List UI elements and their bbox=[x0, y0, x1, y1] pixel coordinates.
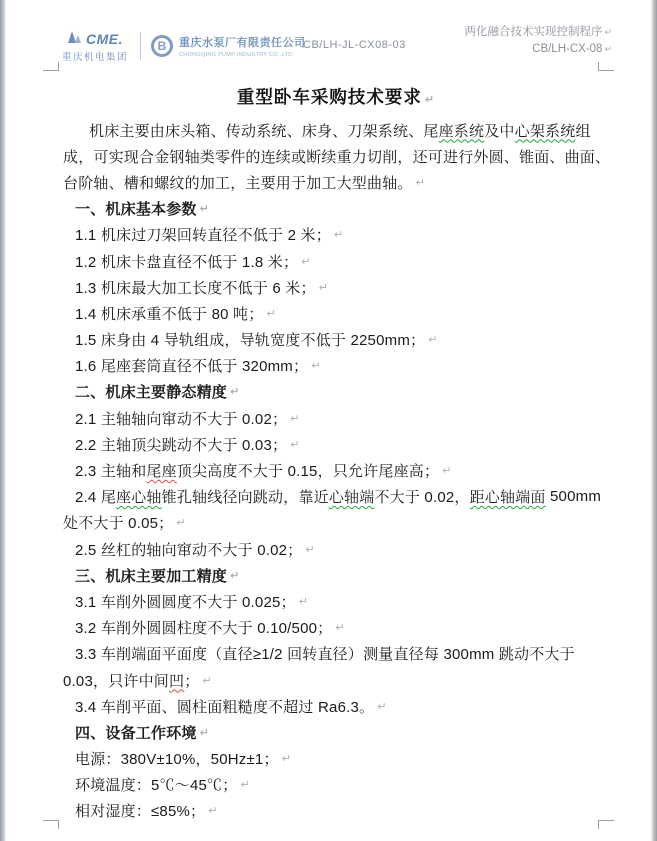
cme-mountain-icon bbox=[67, 30, 83, 48]
text-segment: ； bbox=[184, 670, 199, 691]
paragraph-mark: ↵ bbox=[335, 621, 344, 634]
paragraph-mark: ↵ bbox=[604, 45, 612, 55]
text-boundary-corner-bottom-left bbox=[43, 820, 59, 829]
text-line: 1.2 机床卡盘直径不低于 1.8 米；↵ bbox=[60, 248, 612, 274]
document-page: { "page": { "bg": "#ffffff", "edge_color… bbox=[0, 0, 657, 841]
text-line: 0.03，只许中间凹；↵ bbox=[60, 667, 612, 693]
spellcheck-squiggle-text: 尾座 bbox=[146, 460, 176, 481]
text-line: 1.5 床身由 4 导轨组成，导轨宽度不低于 2250mm；↵ bbox=[60, 327, 612, 353]
paragraph-mark: ↵ bbox=[428, 333, 437, 346]
paragraph-mark: ↵ bbox=[319, 281, 328, 294]
text-segment: 一、机床基本参数 bbox=[75, 198, 197, 219]
text-segment: 1.5 床身由 4 导轨组成，导轨宽度不低于 2250mm； bbox=[75, 329, 425, 350]
paragraph-mark: ↵ bbox=[425, 93, 435, 106]
cme-logo-text: CME. bbox=[86, 31, 123, 47]
text-line: 电源：380V±10%，50Hz±1；↵ bbox=[60, 746, 612, 772]
pump-monogram-icon: B bbox=[151, 35, 173, 57]
paragraph-mark: ↵ bbox=[230, 385, 239, 398]
text-line: 2.5 丝杠的轴向窜动不大于 0.02；↵ bbox=[60, 536, 612, 562]
paragraph-mark: ↵ bbox=[240, 778, 249, 791]
text-segment: 3.1 车削外圆圆度不大于 0.025； bbox=[75, 591, 296, 612]
text-segment: 3.4 车削平面、圆柱面粗糙度不超过 Ra6.3。 bbox=[75, 696, 374, 717]
text-line: 3.3 车削端面平面度（直径≥1/2 回转直径）测量直径每 300mm 跳动不大… bbox=[60, 641, 612, 667]
text-segment: 2.5 丝杠的轴向窜动不大于 0.02； bbox=[75, 539, 302, 560]
pump-company-name: 重庆水泵厂有限责任公司 bbox=[179, 34, 306, 50]
text-segment: 二、机床主要静态精度 bbox=[75, 381, 227, 402]
text-segment: 三、机床主要加工精度 bbox=[75, 565, 227, 586]
text-line: 处不大于 0.05；↵ bbox=[60, 510, 612, 536]
text-segment: 3.2 车削外圆圆柱度不大于 0.10/500； bbox=[75, 617, 332, 638]
paragraph-mark: ↵ bbox=[305, 543, 314, 556]
document-title: 重型卧车采购技术要求↵ bbox=[60, 84, 612, 109]
section-heading: 四、设备工作环境↵ bbox=[60, 719, 612, 745]
text-segment: 及中 bbox=[484, 120, 514, 141]
page-header: CME. 重庆机电集团 B 重庆水泵厂有限责任公司 CHONGQING PUMP… bbox=[60, 24, 612, 70]
header-right-code: CB/LH-CX-08↵ bbox=[464, 41, 612, 58]
spellcheck-squiggle-text: 距心轴端面 bbox=[470, 486, 546, 507]
text-segment: 3.3 车削端面平面度（直径≥1/2 回转直径）测量直径每 300mm 跳动不大… bbox=[75, 643, 575, 664]
paragraph-mark: ↵ bbox=[230, 569, 239, 582]
text-segment: 1.6 尾座套筒直径不低于 320mm； bbox=[75, 355, 308, 376]
text-segment: 处不大于 0.05； bbox=[63, 512, 173, 533]
text-segment: 机床主要由床头箱、传动系统、床身、刀架系统、尾 bbox=[89, 120, 439, 141]
pump-company-subtitle: CHONGQING PUMP INDUSTRY CO.,LTD. bbox=[179, 52, 306, 58]
paragraph-mark: ↵ bbox=[290, 412, 299, 425]
text-segment: 台阶轴、槽和螺纹的加工，主要用于加工大型曲轴。 bbox=[63, 172, 413, 193]
paragraph-mark: ↵ bbox=[416, 176, 425, 189]
paragraph-mark: ↵ bbox=[301, 255, 310, 268]
text-segment: 2.2 主轴顶尖跳动不大于 0.03； bbox=[75, 434, 287, 455]
text-line: 3.2 车削外圆圆柱度不大于 0.10/500；↵ bbox=[60, 615, 612, 641]
text-line: 相对湿度：≤85%；↵ bbox=[60, 798, 612, 824]
text-line: 1.3 机床最大加工长度不低于 6 米；↵ bbox=[60, 274, 612, 300]
text-line: 1.4 机床承重不低于 80 吨；↵ bbox=[60, 300, 612, 326]
spellcheck-squiggle-text: 座系统 bbox=[439, 120, 485, 141]
paragraph-mark: ↵ bbox=[176, 516, 185, 529]
text-line: 2.4 尾座心轴锥孔轴线径向跳动，靠近心轴端不大于 0.02，距心轴端面 500… bbox=[60, 484, 612, 510]
page-right-edge bbox=[651, 0, 657, 841]
section-heading: 一、机床基本参数↵ bbox=[60, 196, 612, 222]
header-right-title: 两化融合技术实现控制程序↵ bbox=[464, 24, 612, 41]
pump-logo: B 重庆水泵厂有限责任公司 CHONGQING PUMP INDUSTRY CO… bbox=[151, 34, 306, 58]
text-line: 3.4 车削平面、圆柱面粗糙度不超过 Ra6.3。↵ bbox=[60, 693, 612, 719]
paragraph-mark: ↵ bbox=[377, 700, 386, 713]
document-body: 机床主要由床头箱、传动系统、床身、刀架系统、尾座系统及中心架系统组成，可实现合金… bbox=[60, 117, 612, 824]
text-line: 3.1 车削外圆圆度不大于 0.025；↵ bbox=[60, 588, 612, 614]
text-boundary-corner-top-left bbox=[43, 62, 59, 71]
text-line: 2.2 主轴顶尖跳动不大于 0.03；↵ bbox=[60, 431, 612, 457]
spellcheck-squiggle-text: 凹 bbox=[169, 670, 184, 691]
text-segment: 环境温度：5℃～45℃； bbox=[75, 774, 237, 795]
spellcheck-squiggle-text: 心轴端 bbox=[329, 486, 375, 507]
text-line: 成，可实现合金钢轴类零件的连续或断续重力切削，还可进行外圆、锥面、曲面、 bbox=[60, 143, 612, 169]
paragraph-mark: ↵ bbox=[299, 595, 308, 608]
paragraph-mark: ↵ bbox=[202, 674, 211, 687]
text-segment: 顶尖高度不大于 0.15，只允许尾座高； bbox=[177, 460, 439, 481]
text-segment: 500mm bbox=[546, 488, 601, 505]
paragraph-mark: ↵ bbox=[200, 202, 209, 215]
text-segment: 电源：380V±10%，50Hz±1； bbox=[75, 748, 279, 769]
section-heading: 三、机床主要加工精度↵ bbox=[60, 562, 612, 588]
text-segment: 锥孔轴线径向跳动，靠近 bbox=[162, 486, 329, 507]
logo-divider bbox=[140, 32, 141, 60]
text-line: 机床主要由床头箱、传动系统、床身、刀架系统、尾座系统及中心架系统组 bbox=[60, 117, 612, 143]
text-segment: 1.1 机床过刀架回转直径不低于 2 米； bbox=[75, 224, 331, 245]
header-right-block: 两化融合技术实现控制程序↵ CB/LH-CX-08↵ bbox=[464, 24, 612, 58]
section-heading: 二、机床主要静态精度↵ bbox=[60, 379, 612, 405]
paragraph-mark: ↵ bbox=[208, 804, 217, 817]
text-line: 台阶轴、槽和螺纹的加工，主要用于加工大型曲轴。↵ bbox=[60, 169, 612, 195]
text-segment: 2.3 主轴和 bbox=[75, 460, 146, 481]
cme-logo: CME. 重庆机电集团 bbox=[62, 30, 128, 63]
text-segment: 1.3 机床最大加工长度不低于 6 米； bbox=[75, 277, 316, 298]
paragraph-mark: ↵ bbox=[442, 464, 451, 477]
text-segment: 组 bbox=[575, 120, 590, 141]
spellcheck-squiggle-text: 心架系统 bbox=[515, 120, 576, 141]
paragraph-mark: ↵ bbox=[290, 438, 299, 451]
text-line: 环境温度：5℃～45℃；↵ bbox=[60, 772, 612, 798]
text-line: 2.3 主轴和尾座顶尖高度不大于 0.15，只允许尾座高；↵ bbox=[60, 457, 612, 483]
paragraph-mark: ↵ bbox=[604, 28, 612, 38]
spellcheck-squiggle-text: 座心轴 bbox=[116, 486, 162, 507]
text-segment: 成，可实现合金钢轴类零件的连续或断续重力切削，还可进行外圆、锥面、曲面、 bbox=[63, 146, 610, 167]
text-segment: 2.1 主轴轴向窜动不大于 0.02； bbox=[75, 408, 287, 429]
text-line: 1.1 机床过刀架回转直径不低于 2 米；↵ bbox=[60, 222, 612, 248]
text-segment: 相对湿度：≤85%； bbox=[75, 800, 205, 821]
text-boundary-corner-top-right bbox=[598, 62, 614, 71]
text-segment: 1.4 机床承重不低于 80 吨； bbox=[75, 303, 263, 324]
paragraph-mark: ↵ bbox=[311, 359, 320, 372]
header-center-code: CB/LH-JL-CX08-03 bbox=[303, 39, 406, 51]
paragraph-mark: ↵ bbox=[200, 726, 209, 739]
paragraph-mark: ↵ bbox=[334, 228, 343, 241]
text-segment: 0.03，只许中间 bbox=[63, 670, 169, 691]
paragraph-mark: ↵ bbox=[266, 307, 275, 320]
company-logos: CME. 重庆机电集团 B 重庆水泵厂有限责任公司 CHONGQING PUMP… bbox=[62, 26, 306, 66]
text-segment: 四、设备工作环境 bbox=[75, 722, 197, 743]
text-segment: 1.2 机床卡盘直径不低于 1.8 米； bbox=[75, 251, 298, 272]
cme-logo-subtitle: 重庆机电集团 bbox=[62, 49, 128, 63]
text-line: 2.1 主轴轴向窜动不大于 0.02；↵ bbox=[60, 405, 612, 431]
page-left-edge bbox=[0, 0, 6, 841]
text-line: 1.6 尾座套筒直径不低于 320mm；↵ bbox=[60, 353, 612, 379]
text-segment: 不大于 0.02， bbox=[374, 486, 469, 507]
paragraph-mark: ↵ bbox=[282, 752, 291, 765]
text-segment: 2.4 尾 bbox=[75, 486, 116, 507]
